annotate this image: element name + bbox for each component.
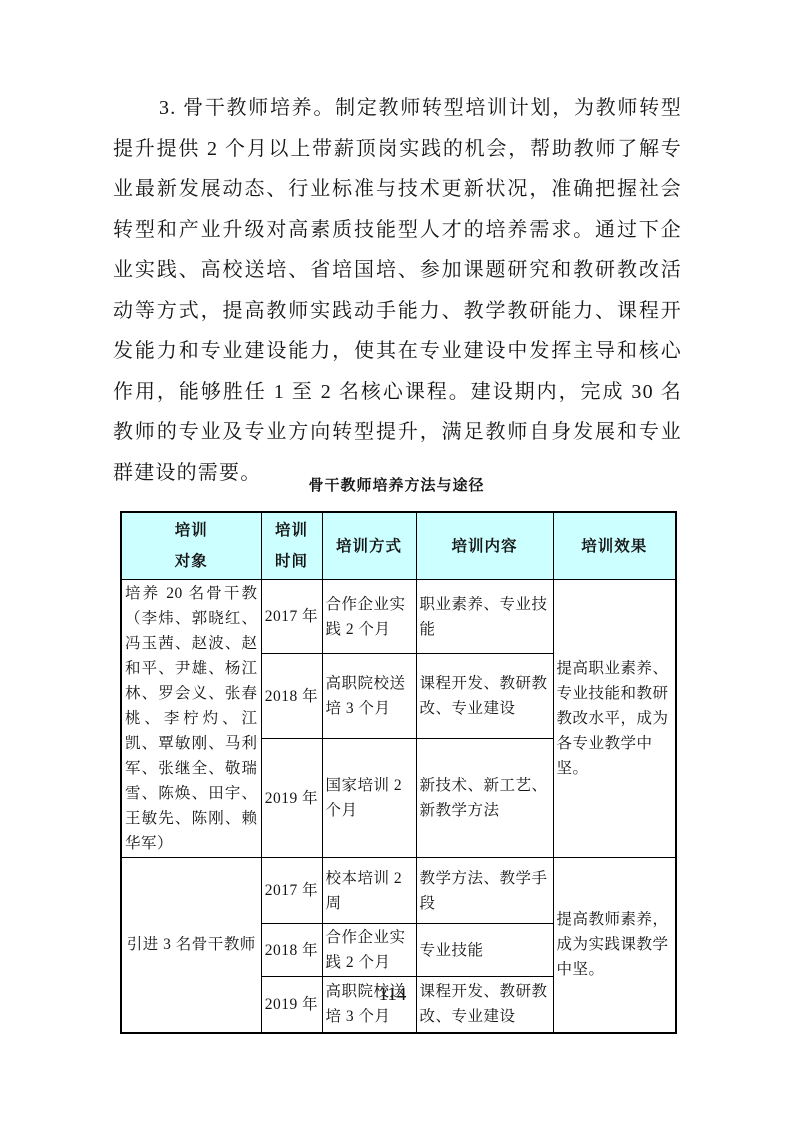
table-title: 骨干教师培养方法与途径 bbox=[0, 474, 793, 495]
year-cell: 2018 年 bbox=[261, 924, 322, 977]
column-header-effect: 培训效果 bbox=[553, 512, 676, 580]
body-paragraph: 3. 骨干教师培养。制定教师转型培训计划，为教师转型提升提供 2 个月以上带薪顶… bbox=[113, 88, 682, 493]
content-cell: 职业素养、专业技能 bbox=[416, 580, 553, 654]
content-cell: 课程开发、教研教改、专业建设 bbox=[416, 654, 553, 739]
table-row: 引进 3 名骨干教师 2017 年 校本培训 2 周 教学方法、教学手段 提高教… bbox=[121, 858, 676, 924]
content-cell: 教学方法、教学手段 bbox=[416, 858, 553, 924]
year-cell: 2017 年 bbox=[261, 858, 322, 924]
method-cell: 校本培训 2 周 bbox=[322, 858, 416, 924]
year-cell: 2019 年 bbox=[261, 739, 322, 858]
training-table: 培训 对象 培训 时间 培训方式 培训内容 培训效果 bbox=[120, 511, 677, 1034]
column-header-label: 培训 bbox=[264, 515, 320, 546]
column-header-label: 培训效果 bbox=[556, 531, 674, 562]
content-cell: 专业技能 bbox=[416, 924, 553, 977]
method-cell: 高职院校送培 3 个月 bbox=[322, 654, 416, 739]
table-header-row: 培训 对象 培训 时间 培训方式 培训内容 培训效果 bbox=[121, 512, 676, 580]
effect-cell: 提高职业素养、专业技能和教研教改水平，成为各专业教学中坚。 bbox=[553, 580, 676, 858]
content-cell: 新技术、新工艺、新教学方法 bbox=[416, 739, 553, 858]
target-cell: 培养 20 名骨干教（李炜、郭晓红、冯玉茜、赵波、赵和平、尹雄、杨江林、罗会义、… bbox=[121, 580, 261, 858]
year-cell: 2017 年 bbox=[261, 580, 322, 654]
method-cell: 合作企业实践 2 个月 bbox=[322, 924, 416, 977]
column-header-label: 培训方式 bbox=[325, 531, 414, 562]
column-header-method: 培训方式 bbox=[322, 512, 416, 580]
column-header-label: 时间 bbox=[264, 546, 320, 577]
target-cell: 引进 3 名骨干教师 bbox=[121, 858, 261, 1033]
table-row: 培养 20 名骨干教（李炜、郭晓红、冯玉茜、赵波、赵和平、尹雄、杨江林、罗会义、… bbox=[121, 580, 676, 654]
page-number: 114 bbox=[0, 984, 785, 1006]
column-header-target: 培训 对象 bbox=[121, 512, 261, 580]
year-cell: 2018 年 bbox=[261, 654, 322, 739]
document-page: 3. 骨干教师培养。制定教师转型培训计划，为教师转型提升提供 2 个月以上带薪顶… bbox=[0, 0, 793, 1122]
column-header-content: 培训内容 bbox=[416, 512, 553, 580]
method-cell: 国家培训 2 个月 bbox=[322, 739, 416, 858]
column-header-label: 对象 bbox=[124, 546, 259, 577]
effect-cell: 提高教师素养，成为实践课教学中坚。 bbox=[553, 858, 676, 1033]
column-header-label: 培训 bbox=[124, 515, 259, 546]
column-header-label: 培训内容 bbox=[419, 531, 551, 562]
method-cell: 合作企业实践 2 个月 bbox=[322, 580, 416, 654]
column-header-time: 培训 时间 bbox=[261, 512, 322, 580]
